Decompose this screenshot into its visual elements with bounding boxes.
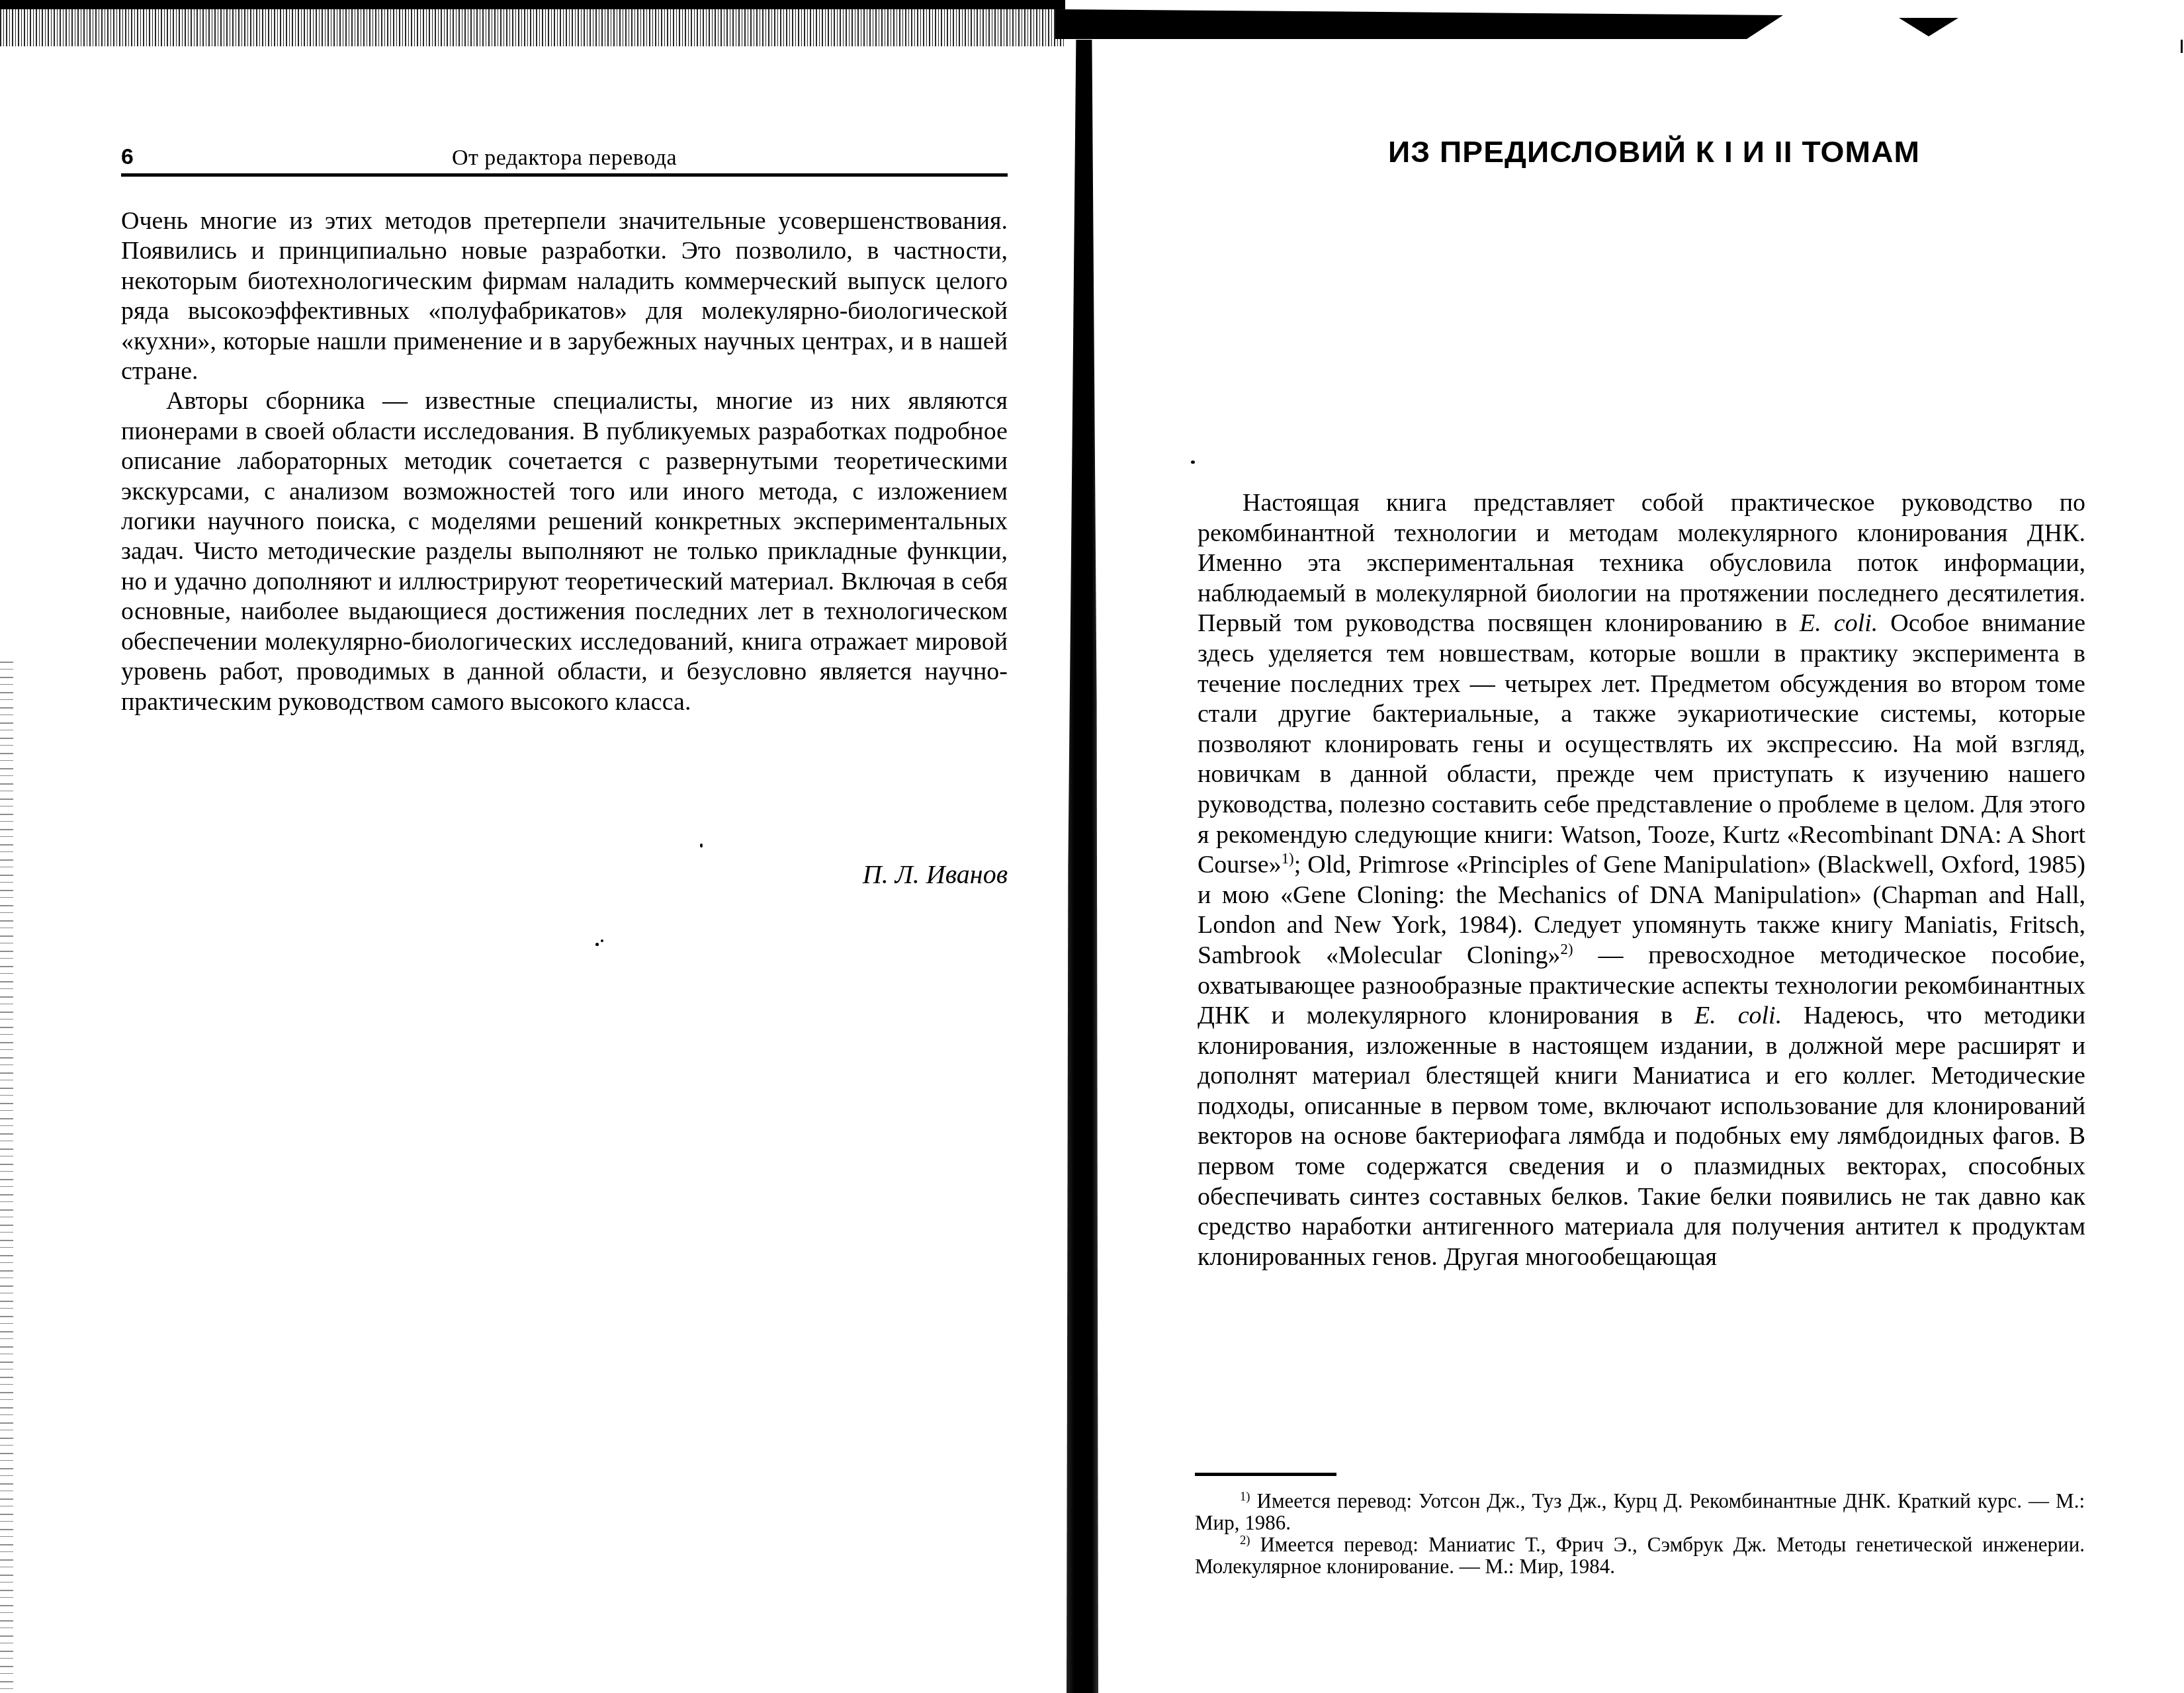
left-page-body: Очень многие из этих методов претерпели … <box>121 206 1008 717</box>
scan-right-edge-mark <box>2181 40 2183 53</box>
species-name: E. coli. <box>1800 609 1878 637</box>
paragraph: Очень многие из этих методов претерпели … <box>121 206 1008 386</box>
footnote-text: Имеется перевод: Уотсон Дж., Туз Дж., Ку… <box>1195 1489 2085 1534</box>
right-page-body: Настоящая книга представляет собой практ… <box>1198 488 2085 1272</box>
book-spine-shadow <box>1067 40 1098 1693</box>
species-name: E. coli. <box>1694 1002 1782 1029</box>
text-run: Особое внимание здесь уделяется тем новш… <box>1198 609 2085 879</box>
scan-speck <box>1191 460 1195 464</box>
running-head: От редактора перевода <box>121 146 1008 171</box>
footnote-mark: 2) <box>1240 1534 1250 1547</box>
footnote-mark: 1) <box>1240 1490 1250 1504</box>
left-page-header: 6 От редактора перевода <box>121 144 1008 177</box>
section-title: ИЗ ПРЕДИСЛОВИЙ К I И II ТОМАМ <box>1279 136 2029 169</box>
paragraph: Настоящая книга представляет собой практ… <box>1198 488 2085 1272</box>
footnote-ref-1: 1) <box>1282 850 1294 867</box>
scan-speck <box>595 943 599 946</box>
footnotes: 1) Имеется перевод: Уотсон Дж., Туз Дж.,… <box>1195 1490 2085 1577</box>
paragraph: Авторы сборника — известные специалисты,… <box>121 386 1008 716</box>
footnote-1: 1) Имеется перевод: Уотсон Дж., Туз Дж.,… <box>1195 1490 2085 1534</box>
text-run: Надеюсь, что методики клонирования, изло… <box>1198 1002 2085 1271</box>
scan-top-edge-right <box>1055 9 1783 39</box>
footnote-2: 2) Имеется перевод: Маниатис Т., Фрич Э.… <box>1195 1534 2085 1577</box>
author-signature: П. Л. Иванов <box>121 859 1008 890</box>
scan-top-edge-left-solid <box>0 0 1065 9</box>
footnote-ref-2: 2) <box>1561 941 1573 957</box>
scan-left-edge-noise <box>0 662 13 1693</box>
scan-speck <box>700 844 703 847</box>
scan-speck <box>601 939 603 942</box>
header-rule <box>121 173 1008 177</box>
footnote-text: Имеется перевод: Маниатис Т., Фрич Э., С… <box>1195 1533 2085 1578</box>
footnote-rule <box>1195 1473 1336 1476</box>
scan-top-notch <box>1899 18 1958 36</box>
